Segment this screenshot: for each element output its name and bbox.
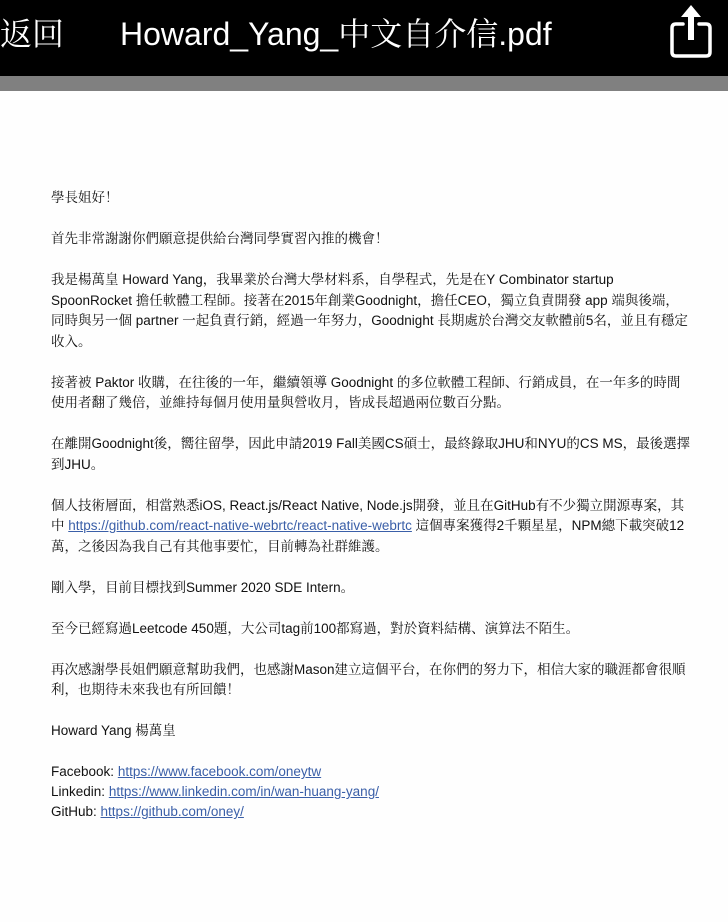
paragraph-acquisition: 接著被 Paktor 收購，在往後的一年，繼續領導 Goodnight 的多位軟… [51, 373, 691, 414]
paragraph-thanks: 首先非常謝謝你們願意提供給台灣同學實習內推的機會！ [51, 229, 691, 250]
facebook-row: Facebook: https://www.facebook.com/oneyt… [51, 762, 691, 782]
linkedin-link[interactable]: https://www.linkedin.com/in/wan-huang-ya… [109, 784, 379, 799]
paragraph-leetcode: 至今已經寫過Leetcode 450題，大公司tag前100都寫過，對於資料結構… [51, 619, 691, 640]
toolbar-divider [0, 76, 728, 91]
top-navigation-bar: 返回 Howard_Yang_中文自介信.pdf [0, 0, 728, 76]
github-row: GitHub: https://github.com/oney/ [51, 802, 691, 822]
paragraph-closing: 再次感謝學長姐們願意幫助我們，也感謝Mason建立這個平台，在你們的努力下，相信… [51, 660, 691, 701]
pdf-page-content: 學長姐好！ 首先非常謝謝你們願意提供給台灣同學實習內推的機會！ 我是楊萬皇 Ho… [51, 188, 691, 822]
paragraph-goal: 剛入學，目前目標找到Summer 2020 SDE Intern。 [51, 578, 691, 599]
signature: Howard Yang 楊萬皇 [51, 721, 691, 742]
linkedin-row: Linkedin: https://www.linkedin.com/in/wa… [51, 782, 691, 802]
github-project-link[interactable]: https://github.com/react-native-webrtc/r… [68, 518, 412, 533]
paragraph-skills: 個人技術層面，相當熟悉iOS, React.js/React Native, N… [51, 496, 691, 558]
paragraph-education: 在離開Goodnight後，嚮往留學，因此申請2019 Fall美國CS碩士，最… [51, 434, 691, 475]
share-icon [668, 2, 714, 60]
facebook-link[interactable]: https://www.facebook.com/oneytw [118, 764, 321, 779]
contact-links: Facebook: https://www.facebook.com/oneyt… [51, 762, 691, 822]
greeting: 學長姐好！ [51, 188, 691, 209]
document-title: Howard_Yang_中文自介信.pdf [120, 14, 552, 54]
share-button[interactable] [668, 2, 714, 60]
linkedin-label: Linkedin: [51, 784, 105, 799]
facebook-label: Facebook: [51, 764, 114, 779]
back-button[interactable]: 返回 [0, 14, 64, 54]
github-label: GitHub: [51, 804, 97, 819]
paragraph-background: 我是楊萬皇 Howard Yang，我畢業於台灣大學材料系，自學程式，先是在Y … [51, 270, 691, 352]
github-link[interactable]: https://github.com/oney/ [101, 804, 244, 819]
